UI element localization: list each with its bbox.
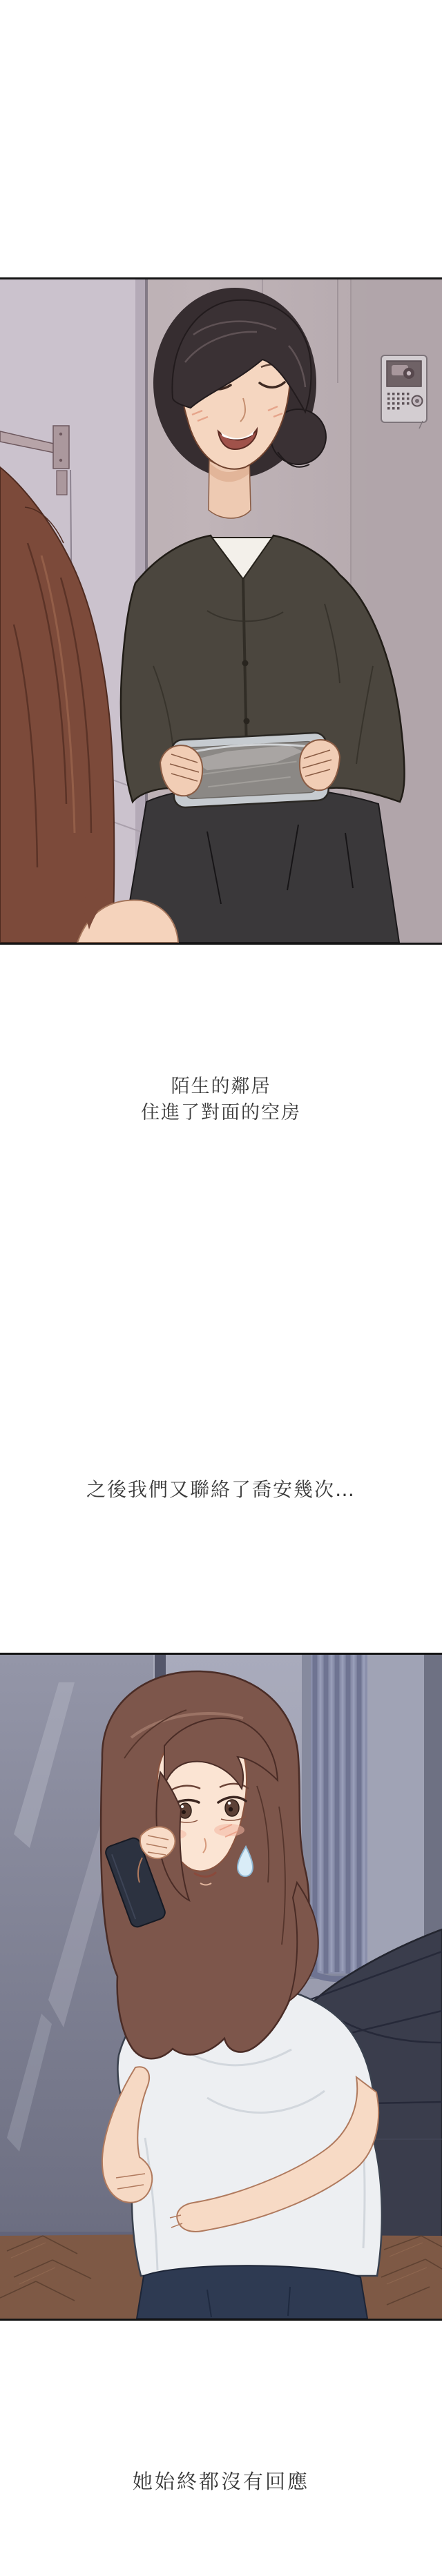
panel-phone-call [0, 1653, 442, 2321]
panel-hallway-greeting [0, 277, 442, 945]
caption-line: 她始終都沒有回應 [0, 2470, 442, 2493]
intercom-unit [381, 355, 427, 429]
narration-caption-1: 陌生的鄰居 住進了對面的空房 [0, 1074, 442, 1126]
narration-caption-3: 她始終都沒有回應 [0, 2470, 442, 2493]
curtain [311, 1655, 367, 1982]
phone-call-scene-art [0, 1655, 442, 2319]
navy-skirt [137, 2265, 367, 2319]
caption-line: 之後我們又聯絡了喬安幾次… [0, 1478, 442, 1502]
caption-line: 陌生的鄰居 [0, 1074, 442, 1100]
caption-line: 住進了對面的空房 [0, 1100, 442, 1126]
webtoon-page: 陌生的鄰居 住進了對面的空房 之後我們又聯絡了喬安幾次… [0, 0, 442, 2576]
hallway-scene-art [0, 279, 442, 943]
narration-caption-2: 之後我們又聯絡了喬安幾次… [0, 1478, 442, 1502]
